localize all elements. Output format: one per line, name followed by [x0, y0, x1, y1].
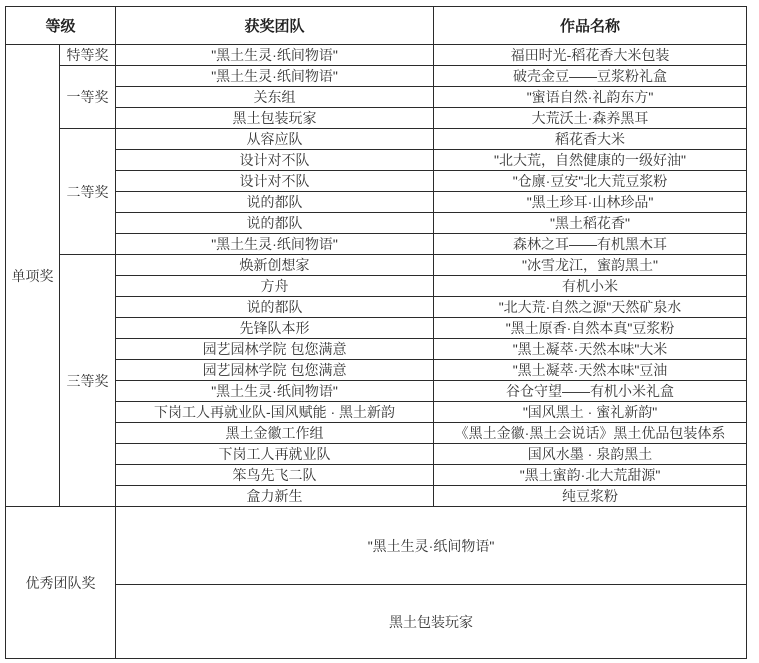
table-row: 单项奖特等奖"黑土生灵·纸间物语"福田时光-稻花香大米包装 [6, 45, 747, 66]
table-row: 盒力新生纯豆浆粉 [6, 486, 747, 507]
table-row: 一等奖"黑土生灵·纸间物语"破壳金豆——豆浆粉礼盒 [6, 66, 747, 87]
cell-work: "北大荒·自然之源"天然矿泉水 [434, 297, 747, 318]
cell-team: 说的都队 [116, 297, 434, 318]
cell-team: 方舟 [116, 276, 434, 297]
cell-team: 笨鸟先飞二队 [116, 465, 434, 486]
table-row: 说的都队"北大荒·自然之源"天然矿泉水 [6, 297, 747, 318]
cell-team: 焕新创想家 [116, 255, 434, 276]
cell-work: "蜜语自然·礼韵东方" [434, 87, 747, 108]
table-row: "黑土生灵·纸间物语"森林之耳——有机黑木耳 [6, 234, 747, 255]
cell-award-level: 三等奖 [60, 255, 116, 507]
cell-team: 下岗工人再就业队-国风赋能 · 黑土新韵 [116, 402, 434, 423]
cell-work: 纯豆浆粉 [434, 486, 747, 507]
table-row: 二等奖从容应队稻花香大米 [6, 129, 747, 150]
cell-work: "黑土凝萃·天然本味"豆油 [434, 360, 747, 381]
cell-work: "北大荒，自然健康的一级好油" [434, 150, 747, 171]
table-row: 园艺园林学院 包您满意"黑土凝萃·天然本味"豆油 [6, 360, 747, 381]
cell-work: 谷仓守望——有机小米礼盒 [434, 381, 747, 402]
cell-work: 破壳金豆——豆浆粉礼盒 [434, 66, 747, 87]
cell-work: "国风黑土 · 蜜礼新韵" [434, 402, 747, 423]
table-row: 关东组"蜜语自然·礼韵东方" [6, 87, 747, 108]
cell-work: "黑土珍耳·山林珍品" [434, 192, 747, 213]
table-row: 下岗工人再就业队国风水墨 · 泉韵黑土 [6, 444, 747, 465]
cell-team: 说的都队 [116, 213, 434, 234]
table-row: 说的都队"黑土稻花香" [6, 213, 747, 234]
table-row: 设计对不队"北大荒，自然健康的一级好油" [6, 150, 747, 171]
cell-team: 下岗工人再就业队 [116, 444, 434, 465]
cell-award-level: 一等奖 [60, 66, 116, 129]
cell-work: 稻花香大米 [434, 129, 747, 150]
cell-work: "黑土稻花香" [434, 213, 747, 234]
cell-work: "黑土凝萃·天然本味"大米 [434, 339, 747, 360]
table-header-row: 等级获奖团队作品名称 [6, 7, 747, 45]
cell-award-category: 单项奖 [6, 45, 60, 507]
cell-team: "黑土生灵·纸间物语" [116, 234, 434, 255]
table-row: 黑土包装玩家大荒沃土·森养黑耳 [6, 108, 747, 129]
table-row: 三等奖焕新创想家"冰雪龙江，蜜韵黑土" [6, 255, 747, 276]
cell-team-award-winner: "黑土生灵·纸间物语" [116, 507, 747, 585]
cell-team-award-winner: 黑土包装玩家 [116, 585, 747, 659]
cell-work: "冰雪龙江，蜜韵黑土" [434, 255, 747, 276]
table-row: "黑土生灵·纸间物语"谷仓守望——有机小米礼盒 [6, 381, 747, 402]
cell-work: "黑土蜜韵·北大荒甜源" [434, 465, 747, 486]
cell-team: 设计对不队 [116, 171, 434, 192]
cell-team: 设计对不队 [116, 150, 434, 171]
header-work: 作品名称 [434, 7, 747, 45]
cell-team: 园艺园林学院 包您满意 [116, 339, 434, 360]
header-level: 等级 [6, 7, 116, 45]
cell-work: 《黑土金徽·黑土会说话》黑土优品包装体系 [434, 423, 747, 444]
table-row: 笨鸟先飞二队"黑土蜜韵·北大荒甜源" [6, 465, 747, 486]
cell-work: 有机小米 [434, 276, 747, 297]
cell-award-level: 特等奖 [60, 45, 116, 66]
cell-team: "黑土生灵·纸间物语" [116, 66, 434, 87]
cell-work: 大荒沃土·森养黑耳 [434, 108, 747, 129]
cell-team: 园艺园林学院 包您满意 [116, 360, 434, 381]
table-row: 先锋队本形"黑土原香·自然本真"豆浆粉 [6, 318, 747, 339]
cell-team-award-label: 优秀团队奖 [6, 507, 116, 659]
table-row: 方舟有机小米 [6, 276, 747, 297]
team-award-row: 优秀团队奖"黑土生灵·纸间物语" [6, 507, 747, 585]
cell-work: 福田时光-稻花香大米包装 [434, 45, 747, 66]
cell-award-level: 二等奖 [60, 129, 116, 255]
cell-team: 先锋队本形 [116, 318, 434, 339]
table-row: 园艺园林学院 包您满意"黑土凝萃·天然本味"大米 [6, 339, 747, 360]
cell-team: 黑土包装玩家 [116, 108, 434, 129]
cell-team: 盒力新生 [116, 486, 434, 507]
team-award-row: 黑土包装玩家 [6, 585, 747, 659]
table-row: 黑土金徽工作组《黑土金徽·黑土会说话》黑土优品包装体系 [6, 423, 747, 444]
table-row: 下岗工人再就业队-国风赋能 · 黑土新韵"国风黑土 · 蜜礼新韵" [6, 402, 747, 423]
cell-work: "黑土原香·自然本真"豆浆粉 [434, 318, 747, 339]
cell-work: "仓廪·豆安"北大荒豆浆粉 [434, 171, 747, 192]
cell-team: 关东组 [116, 87, 434, 108]
table-row: 说的都队"黑土珍耳·山林珍品" [6, 192, 747, 213]
cell-work: 国风水墨 · 泉韵黑土 [434, 444, 747, 465]
cell-team: 说的都队 [116, 192, 434, 213]
cell-team: "黑土生灵·纸间物语" [116, 45, 434, 66]
cell-team: 从容应队 [116, 129, 434, 150]
awards-table: 等级获奖团队作品名称单项奖特等奖"黑土生灵·纸间物语"福田时光-稻花香大米包装一… [5, 6, 747, 659]
header-team: 获奖团队 [116, 7, 434, 45]
cell-team: "黑土生灵·纸间物语" [116, 381, 434, 402]
cell-work: 森林之耳——有机黑木耳 [434, 234, 747, 255]
table-row: 设计对不队"仓廪·豆安"北大荒豆浆粉 [6, 171, 747, 192]
cell-team: 黑土金徽工作组 [116, 423, 434, 444]
